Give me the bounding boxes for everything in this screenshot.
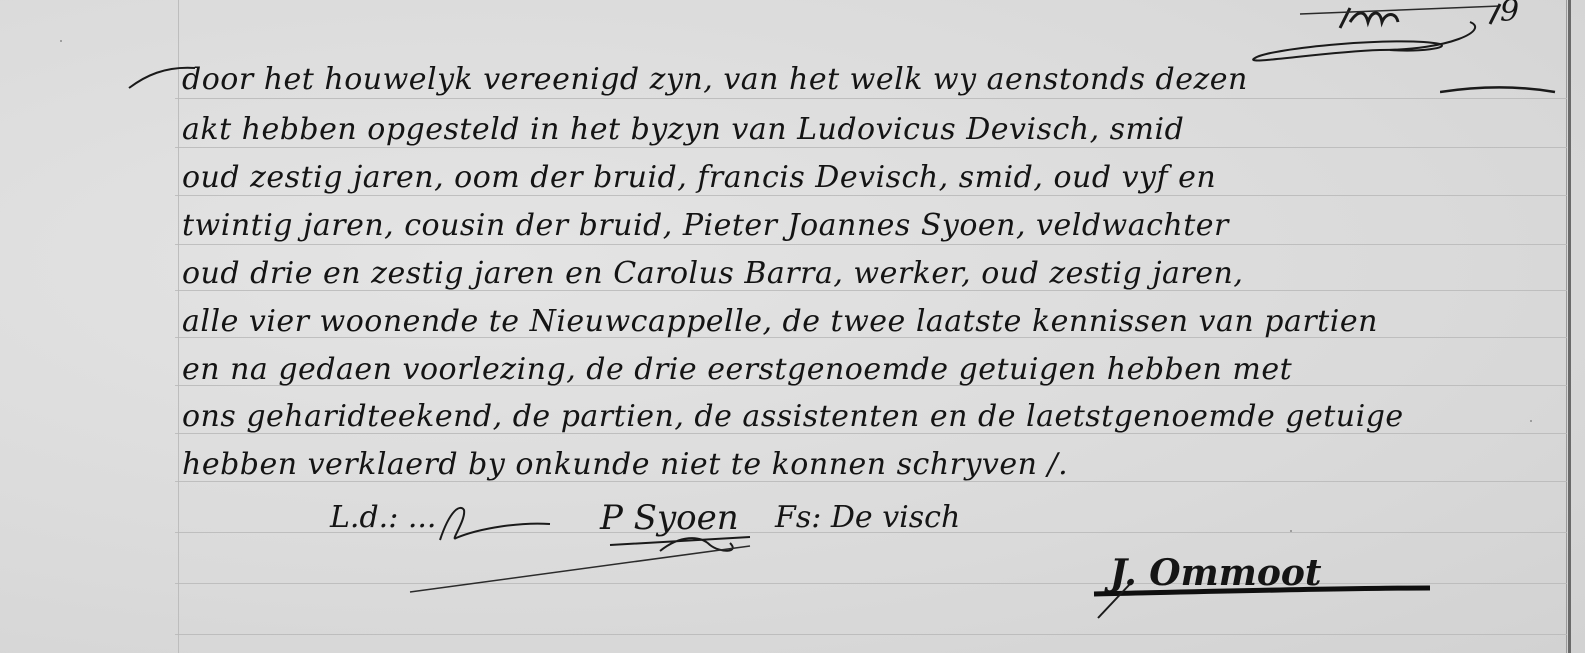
ruled-line — [175, 195, 1567, 196]
signature-stroke-icon — [400, 540, 760, 600]
body-line-5: oud drie en zestig jaren en Carolus Barr… — [182, 256, 1243, 291]
ruled-line — [175, 634, 1567, 635]
signature-registrar-underline-icon — [1090, 580, 1450, 620]
body-line-2: akt hebben opgesteld in het byzyn van Lu… — [182, 112, 1184, 147]
scan-speck — [60, 40, 62, 42]
line-end-flourish-icon — [1440, 80, 1560, 100]
scan-speck — [1290, 530, 1292, 532]
page-edge-border — [1568, 0, 1571, 653]
scan-speck — [230, 170, 232, 172]
body-line-7: en na gedaen voorlezing, de drie eerstge… — [182, 352, 1292, 387]
signature-fsdevisch: Fs: De visch — [775, 500, 960, 535]
scan-speck — [1530, 420, 1532, 422]
ruled-line — [175, 147, 1567, 148]
body-line-9: hebben verklaerd by onkunde niet te konn… — [182, 447, 1068, 482]
body-line-6: alle vier woonende te Nieuwcappelle, de … — [182, 304, 1378, 339]
paraph-flourish-icon — [1200, 0, 1520, 70]
page-number-mark: 9 — [1500, 0, 1519, 29]
body-line-3: oud zestig jaren, oom der bruid, francis… — [182, 160, 1216, 195]
scan-speck — [870, 180, 872, 182]
ruled-line — [175, 244, 1567, 245]
body-line-4: twintig jaren, cousin der bruid, Pieter … — [182, 208, 1229, 243]
body-line-1: door het houwelyk vereenigd zyn, van het… — [182, 62, 1248, 97]
ruled-line — [175, 98, 1567, 99]
register-page-scan: 9 door het houwelyk vereenigd zyn, van h… — [0, 0, 1585, 653]
body-line-8: ons geharidteekend, de partien, de assis… — [182, 399, 1404, 434]
